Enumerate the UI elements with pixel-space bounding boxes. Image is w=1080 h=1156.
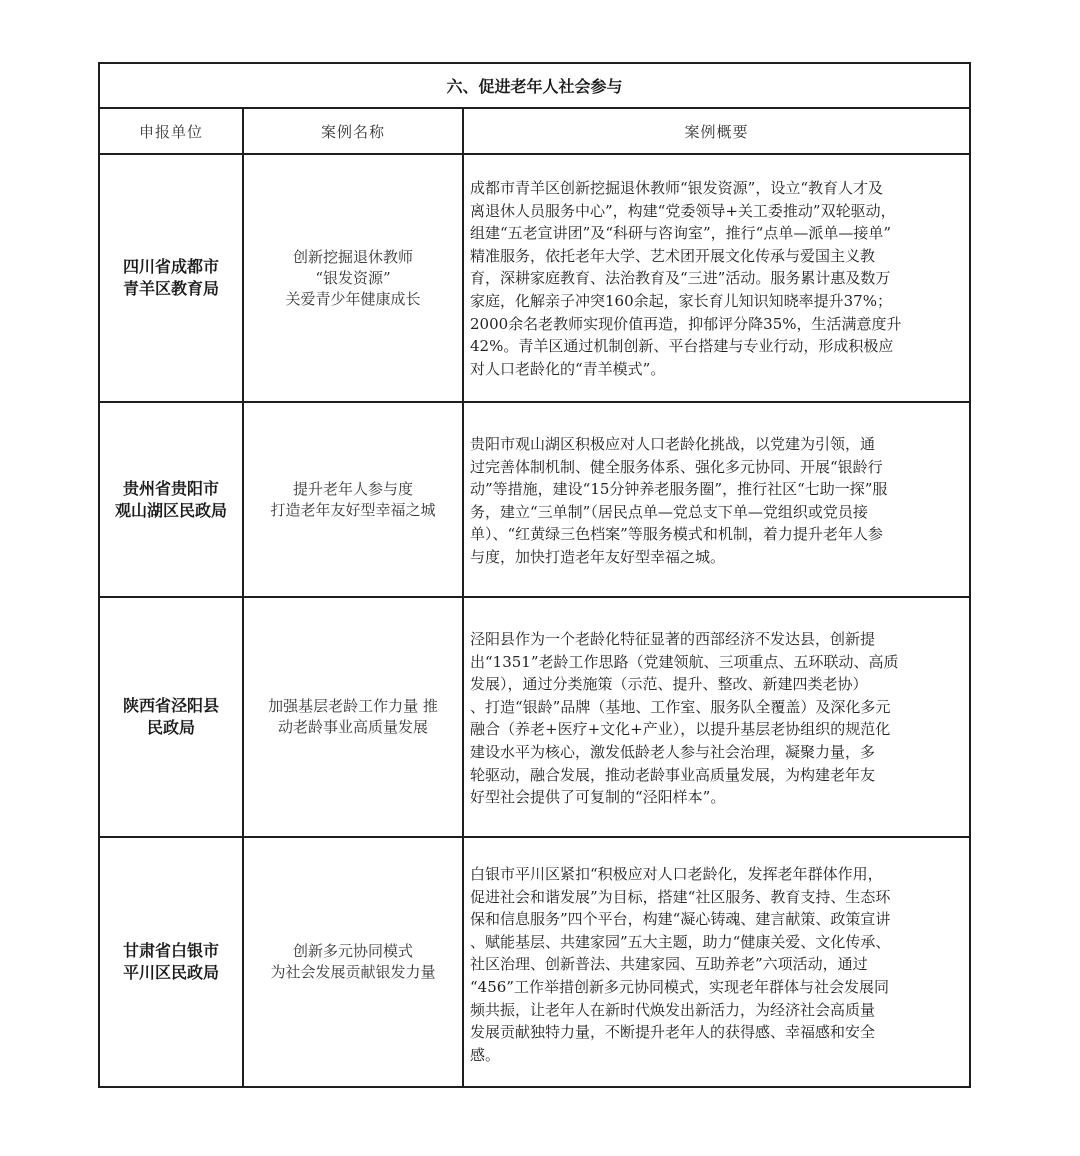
summary-line: 泾阳县作为一个老龄化特征显著的西部经济不发达县，创新提 [470,628,965,651]
header-case-name: 案例名称 [243,108,463,154]
unit-line: 贵州省贵阳市 [100,478,242,500]
summary-line: 单）、“红黄绿三色档案”等服务模式和机制，着力提升老年人参 [470,523,965,546]
summary-line: 感。 [470,1044,965,1067]
case-name-cell: 加强基层老龄工作力量 推 动老龄事业高质量发展 [243,597,463,837]
summary-line: 精准服务，依托老年大学、艺术团开展文化传承与爱国主义教 [470,245,965,268]
summary-line: 、打造“银龄”品牌（基地、工作室、服务队全覆盖）及深化多元 [470,696,965,719]
case-name-cell: 提升老年人参与度 打造老年友好型幸福之城 [243,402,463,597]
summary-line: 2000余名老教师实现价值再造，抑郁评分降35%，生活满意度升 [470,313,965,336]
summary-cell: 贵阳市观山湖区积极应对人口老龄化挑战，以党建为引领，通 过完善体制机制、健全服务… [463,402,970,597]
case-name-line: 加强基层老龄工作力量 推 [244,696,462,717]
summary-line: 促进社会和谐发展”为目标，搭建“社区服务、教育支持、生态环 [470,886,965,909]
table-row: 陕西省泾阳县 民政局 加强基层老龄工作力量 推 动老龄事业高质量发展 泾阳县作为… [99,597,970,837]
case-name-cell: 创新多元协同模式 为社会发展贡献银发力量 [243,837,463,1087]
table-row: 贵州省贵阳市 观山湖区民政局 提升老年人参与度 打造老年友好型幸福之城 贵阳市观… [99,402,970,597]
case-name-line: 创新多元协同模式 [244,941,462,962]
summary-line: 社区治理、创新普法、共建家园、互助养老”六项活动，通过 [470,953,965,976]
summary-line: 务，建立“三单制”（居民点单—党总支下单—党组织或党员接 [470,501,965,524]
summary-line: 动”等措施，建设“15分钟养老服务圈”，推行社区“七助一探”服 [470,478,965,501]
summary-line: 融合（养老+医疗+文化+产业），以提升基层老协组织的规范化 [470,718,965,741]
summary-line: 42%。青羊区通过机制创新、平台搭建与专业行动，形成积极应 [470,335,965,358]
unit-line: 观山湖区民政局 [100,500,242,522]
unit-cell: 贵州省贵阳市 观山湖区民政局 [99,402,243,597]
summary-line: 保和信息服务”四个平台，构建“凝心铸魂、建言献策、政策宣讲 [470,908,965,931]
unit-line: 民政局 [100,717,242,739]
header-summary: 案例概要 [463,108,970,154]
summary-cell: 白银市平川区紧扣“积极应对人口老龄化，发挥老年群体作用， 促进社会和谐发展”为目… [463,837,970,1087]
summary-line: 育，深耕家庭教育、法治教育及“三进”活动。服务累计惠及数万 [470,267,965,290]
unit-line: 甘肃省白银市 [100,940,242,962]
table-row: 四川省成都市 青羊区教育局 创新挖掘退休教师 “银发资源” 关爱青少年健康成长 … [99,154,970,402]
case-name-line: 打造老年友好型幸福之城 [244,500,462,521]
unit-cell: 甘肃省白银市 平川区民政局 [99,837,243,1087]
case-name-line: 动老龄事业高质量发展 [244,717,462,738]
summary-line: 发展），通过分类施策（示范、提升、整改、新建四类老协） [470,673,965,696]
case-name-line: 提升老年人参与度 [244,479,462,500]
unit-line: 陕西省泾阳县 [100,695,242,717]
summary-line: 组建“五老宣讲团”及“科研与咨询室”，推行“点单—派单—接单” [470,222,965,245]
summary-line: 过完善体制机制、健全服务体系、强化多元协同、开展“银龄行 [470,456,965,479]
summary-line: “456”工作举措创新多元协同模式，实现老年群体与社会发展同 [470,976,965,999]
unit-cell: 陕西省泾阳县 民政局 [99,597,243,837]
unit-line: 青羊区教育局 [100,278,242,300]
summary-cell: 成都市青羊区创新挖掘退休教师“银发资源”，设立“教育人才及 离退休人员服务中心”… [463,154,970,402]
summary-line: 家庭，化解亲子冲突160余起，家长育儿知识知晓率提升37%； [470,290,965,313]
table-row: 甘肃省白银市 平川区民政局 创新多元协同模式 为社会发展贡献银发力量 白银市平川… [99,837,970,1087]
summary-line: 频共振，让老年人在新时代焕发出新活力，为经济社会高质量 [470,999,965,1022]
summary-line: 与度，加快打造老年友好型幸福之城。 [470,546,965,569]
summary-line: 白银市平川区紧扣“积极应对人口老龄化，发挥老年群体作用， [470,863,965,886]
summary-line: 成都市青羊区创新挖掘退休教师“银发资源”，设立“教育人才及 [470,177,965,200]
case-table: 六、促进老年人社会参与 申报单位 案例名称 案例概要 四川省成都市 青羊区教育局… [98,62,971,1088]
case-name-cell: 创新挖掘退休教师 “银发资源” 关爱青少年健康成长 [243,154,463,402]
summary-line: 建设水平为核心，激发低龄老人参与社会治理，凝聚力量，多 [470,741,965,764]
header-unit: 申报单位 [99,108,243,154]
summary-cell: 泾阳县作为一个老龄化特征显著的西部经济不发达县，创新提 出“1351”老龄工作思… [463,597,970,837]
summary-line: 出“1351”老龄工作思路（党建领航、三项重点、五环联动、高质 [470,651,965,674]
unit-cell: 四川省成都市 青羊区教育局 [99,154,243,402]
summary-line: 、赋能基层、共建家园”五大主题，助力“健康关爱、文化传承、 [470,931,965,954]
summary-line: 轮驱动，融合发展，推动老龄事业高质量发展，为构建老年友 [470,764,965,787]
unit-line: 四川省成都市 [100,256,242,278]
summary-line: 离退休人员服务中心”，构建“党委领导+关工委推动”双轮驱动， [470,200,965,223]
section-title: 六、促进老年人社会参与 [99,63,970,108]
case-name-line: 关爱青少年健康成长 [244,289,462,310]
case-name-line: 为社会发展贡献银发力量 [244,962,462,983]
case-name-line: 创新挖掘退休教师 [244,247,462,268]
header-row: 申报单位 案例名称 案例概要 [99,108,970,154]
summary-line: 好型社会提供了可复制的“泾阳样本”。 [470,786,965,809]
summary-line: 发展贡献独特力量，不断提升老年人的获得感、幸福感和安全 [470,1021,965,1044]
summary-line: 贵阳市观山湖区积极应对人口老龄化挑战，以党建为引领，通 [470,433,965,456]
summary-line: 对人口老龄化的“青羊模式”。 [470,358,965,381]
case-name-line: “银发资源” [244,268,462,289]
unit-line: 平川区民政局 [100,962,242,984]
